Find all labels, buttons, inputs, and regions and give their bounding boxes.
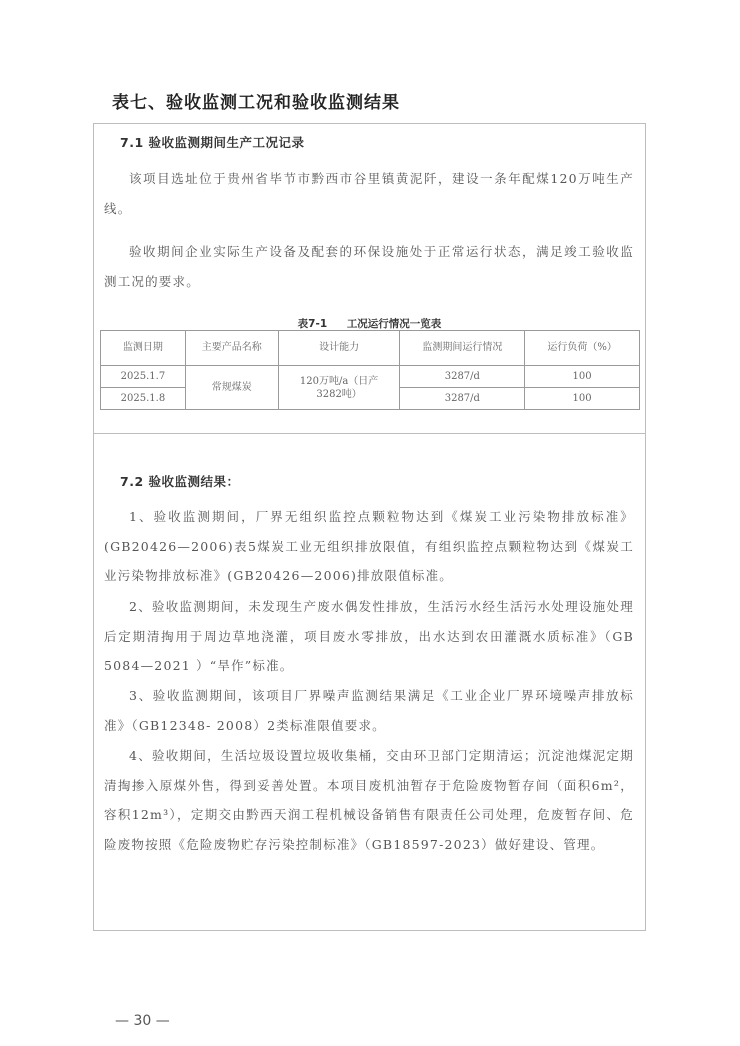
- cell-load: 100: [525, 388, 640, 410]
- table-caption-id: 表7-1: [298, 318, 327, 330]
- header-operation: 监测期间运行情况: [400, 331, 525, 366]
- cell-date: 2025.1.8: [101, 388, 186, 410]
- result-item: 2、验收监测期间，未发现生产废水偶发性排放，生活污水经生活污水处理设施处理后定期…: [104, 592, 634, 681]
- operation-status-table: 监测日期 主要产品名称 设计能力 监测期间运行情况 运行负荷（%） 2025.1…: [100, 330, 640, 410]
- section-7-1-paragraph: 验收期间企业实际生产设备及配套的环保设施处于正常运行状态，满足竣工验收监测工况的…: [104, 237, 634, 296]
- section-7-2-title: 7.2 验收监测结果：: [120, 472, 240, 490]
- cell-load: 100: [525, 366, 640, 388]
- cell-operation: 3287/d: [400, 366, 525, 388]
- page-heading: 表七、验收监测工况和验收监测结果: [112, 88, 400, 113]
- result-item: 1、验收监测期间，厂界无组织监控点颗粒物达到《煤炭工业污染物排放标准》(GB20…: [104, 502, 634, 591]
- section-divider: [94, 433, 645, 434]
- page-number: — 30 —: [115, 1013, 170, 1029]
- header-date: 监测日期: [101, 331, 186, 366]
- cell-capacity: 120万吨/a（日产3282吨）: [278, 366, 400, 410]
- cell-operation: 3287/d: [400, 388, 525, 410]
- header-product: 主要产品名称: [185, 331, 278, 366]
- cell-product: 常规煤炭: [185, 366, 278, 410]
- content-box: 7.1 验收监测期间生产工况记录 该项目选址位于贵州省毕节市黔西市谷里镇黄泥阡，…: [93, 123, 646, 931]
- table-header-row: 监测日期 主要产品名称 设计能力 监测期间运行情况 运行负荷（%）: [101, 331, 640, 366]
- table-caption-title: 工况运行情况一览表: [347, 318, 442, 330]
- result-item: 3、验收监测期间，该项目厂界噪声监测结果满足《工业企业厂界环境噪声排放标准》（G…: [104, 681, 634, 740]
- section-7-1-paragraph: 该项目选址位于贵州省毕节市黔西市谷里镇黄泥阡，建设一条年配煤120万吨生产线。: [104, 164, 634, 223]
- section-7-1-title: 7.1 验收监测期间生产工况记录: [120, 133, 305, 151]
- header-load: 运行负荷（%）: [525, 331, 640, 366]
- result-item: 4、验收期间，生活垃圾设置垃圾收集桶，交由环卫部门定期清运；沉淀池煤泥定期清掏掺…: [104, 741, 634, 859]
- cell-date: 2025.1.7: [101, 366, 186, 388]
- header-capacity: 设计能力: [278, 331, 400, 366]
- table-caption: 表7-1 工况运行情况一览表: [94, 316, 645, 331]
- table-row: 2025.1.7 常规煤炭 120万吨/a（日产3282吨） 3287/d 10…: [101, 366, 640, 388]
